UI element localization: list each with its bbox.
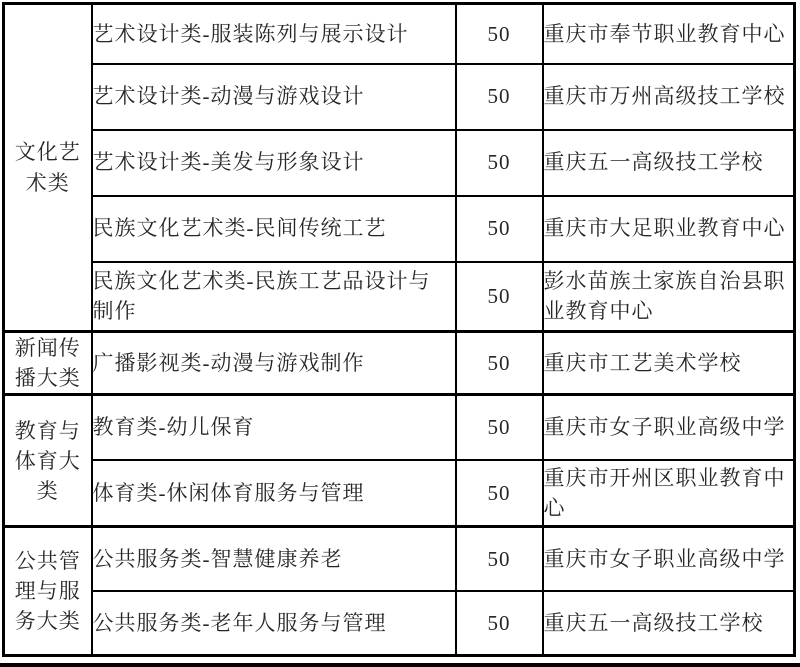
quota-cell: 50 [456,460,543,527]
program-cell: 体育类-休闲体育服务与管理 [92,460,456,527]
category-cell: 新闻传 播大类 [4,332,92,395]
program-cell: 公共服务类-智慧健康养老 [92,527,456,591]
program-cell: 艺术设计类-动漫与游戏设计 [92,64,456,130]
quota-cell: 50 [456,591,543,656]
school-cell: 重庆五一高级技工学校 [543,591,795,656]
program-cell: 教育类-幼儿保育 [92,395,456,460]
table-row: 公共服务类-老年人服务与管理 50 重庆五一高级技工学校 [4,591,795,656]
program-cell: 广播影视类-动漫与游戏制作 [92,332,456,395]
school-cell: 重庆市工艺美术学校 [543,332,795,395]
school-cell: 重庆市女子职业高级中学 [543,527,795,591]
table-row: 民族文化艺术类-民族工艺品设计与 制作 50 彭水苗族土家族自治县职 业教育中心 [4,262,795,332]
table-row: 民族文化艺术类-民间传统工艺 50 重庆市大足职业教育中心 [4,196,795,262]
school-cell: 重庆市女子职业高级中学 [543,395,795,460]
table-row: 艺术设计类-美发与形象设计 50 重庆五一高级技工学校 [4,130,795,196]
table-row: 新闻传 播大类 广播影视类-动漫与游戏制作 50 重庆市工艺美术学校 [4,332,795,395]
table-row: 教育与 体育大 类 教育类-幼儿保育 50 重庆市女子职业高级中学 [4,395,795,460]
quota-cell: 50 [456,130,543,196]
table-row: 公共管 理与服 务大类 公共服务类-智慧健康养老 50 重庆市女子职业高级中学 [4,527,795,591]
school-cell: 重庆五一高级技工学校 [543,130,795,196]
quota-cell: 50 [456,332,543,395]
school-cell: 重庆市万州高级技工学校 [543,64,795,130]
page-bottom-rule [0,663,800,667]
program-cell: 民族文化艺术类-民族工艺品设计与 制作 [92,262,456,332]
quota-cell: 50 [456,64,543,130]
enrollment-plan-table: 文化艺 术类 艺术设计类-服装陈列与展示设计 50 重庆市奉节职业教育中心 艺术… [2,2,796,657]
category-cell: 公共管 理与服 务大类 [4,527,92,656]
table-row: 体育类-休闲体育服务与管理 50 重庆市开州区职业教育中 心 [4,460,795,527]
category-cell: 文化艺 术类 [4,4,92,332]
school-cell: 彭水苗族土家族自治县职 业教育中心 [543,262,795,332]
school-cell: 重庆市大足职业教育中心 [543,196,795,262]
document-page: 文化艺 术类 艺术设计类-服装陈列与展示设计 50 重庆市奉节职业教育中心 艺术… [0,0,800,667]
quota-cell: 50 [456,262,543,332]
program-cell: 艺术设计类-美发与形象设计 [92,130,456,196]
quota-cell: 50 [456,527,543,591]
quota-cell: 50 [456,196,543,262]
quota-cell: 50 [456,4,543,64]
program-cell: 民族文化艺术类-民间传统工艺 [92,196,456,262]
school-cell: 重庆市开州区职业教育中 心 [543,460,795,527]
quota-cell: 50 [456,395,543,460]
school-cell: 重庆市奉节职业教育中心 [543,4,795,64]
category-cell: 教育与 体育大 类 [4,395,92,527]
program-cell: 艺术设计类-服装陈列与展示设计 [92,4,456,64]
table-row: 艺术设计类-动漫与游戏设计 50 重庆市万州高级技工学校 [4,64,795,130]
table-row: 文化艺 术类 艺术设计类-服装陈列与展示设计 50 重庆市奉节职业教育中心 [4,4,795,64]
program-cell: 公共服务类-老年人服务与管理 [92,591,456,656]
